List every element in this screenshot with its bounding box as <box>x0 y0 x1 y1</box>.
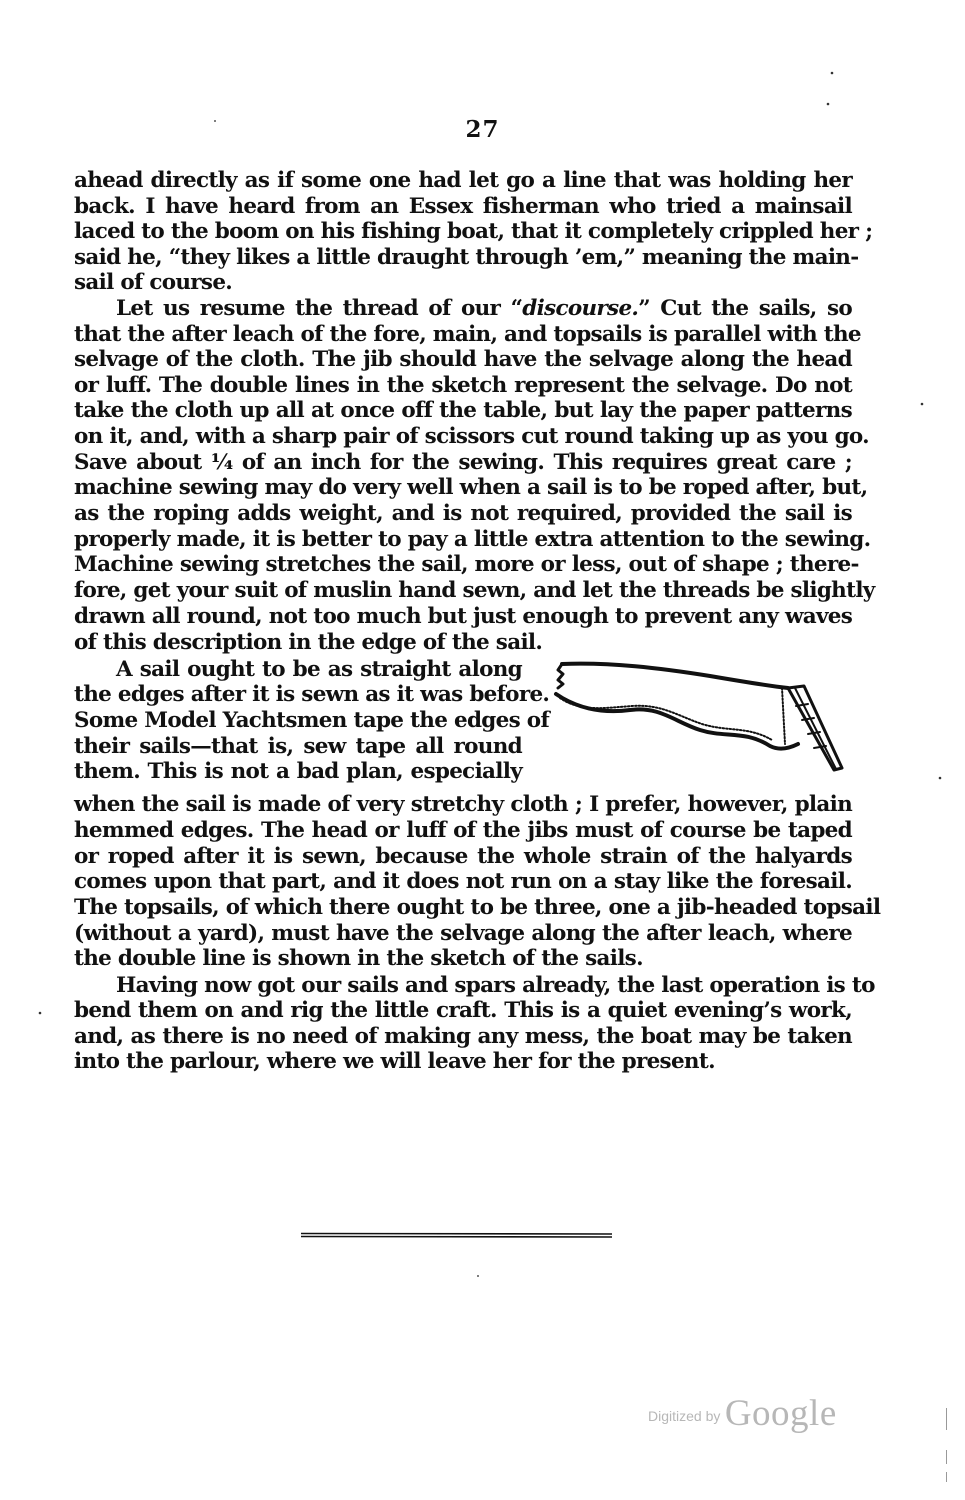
text-line: bend them on and rig the little craft. T… <box>74 998 852 1024</box>
text-line: said he, “they likes a little draught th… <box>74 245 852 271</box>
text-line: into the parlour, where we will leave he… <box>74 1049 852 1075</box>
text-segment: Let us resume the thread of our “ <box>116 296 522 321</box>
text-line: (without a yard), must have the selvage … <box>74 921 852 947</box>
text-segment: ” Cut the sails, so <box>638 296 852 321</box>
watermark-prefix: Digitized by <box>648 1408 720 1424</box>
text-line: or luff. The double lines in the sketch … <box>74 373 852 399</box>
text-line: fore, get your suit of muslin hand sewn,… <box>74 578 852 604</box>
text-line: ahead directly as if some one had let go… <box>74 168 852 194</box>
text-line: back. I have heard from an Essex fisherm… <box>74 194 852 220</box>
text-line: them. This is not a bad plan, especially <box>74 759 522 785</box>
text-line: The topsails, of which there ought to be… <box>74 895 852 921</box>
watermark-brand: Google <box>725 1393 837 1434</box>
section-end-double-rule <box>300 1232 614 1238</box>
text-line: A sail ought to be as straight along <box>74 657 522 683</box>
margin-mark <box>946 1408 947 1430</box>
text-line: take the cloth up all at once off the ta… <box>74 398 852 424</box>
text-line: comes upon that part, and it does not ru… <box>74 869 852 895</box>
text-line: Save about ¼ of an inch for the sewing. … <box>74 450 852 476</box>
text-line: Some Model Yachtsmen tape the edges of <box>74 708 522 734</box>
text-line: the double line is shown in the sketch o… <box>74 946 852 972</box>
text-line: laced to the boom on his fishing boat, t… <box>74 219 852 245</box>
text-line: properly made, it is better to pay a lit… <box>74 527 852 553</box>
book-page: 27 ahead directly as if some one had let… <box>0 0 965 1500</box>
text-line: and, as there is no need of making any m… <box>74 1024 852 1050</box>
page-number: 27 <box>0 116 965 143</box>
text-line: the edges after it is sewn as it was bef… <box>74 682 522 708</box>
text-line: selvage of the cloth. The jib should hav… <box>74 347 852 373</box>
margin-mark <box>946 1450 947 1464</box>
digitized-by-google-watermark: Digitized by Google <box>648 1392 837 1435</box>
text-line: machine sewing may do very well when a s… <box>74 475 852 501</box>
text-line: drawn all round, not too much but just e… <box>74 604 852 630</box>
text-line: as the roping adds weight, and is not re… <box>74 501 852 527</box>
text-line-with-italic: Let us resume the thread of our “discour… <box>74 296 852 322</box>
text-line: sail of course. <box>74 270 852 296</box>
margin-mark <box>946 1472 947 1482</box>
text-line: or roped after it is sewn, because the w… <box>74 844 852 870</box>
text-line: on it, and, with a sharp pair of scissor… <box>74 424 852 450</box>
text-line: when the sail is made of very stretchy c… <box>74 792 852 818</box>
text-line: that the after leach of the fore, main, … <box>74 322 852 348</box>
sail-sketch-figure <box>550 652 850 777</box>
text-line: their sails—that is, sew tape all round <box>74 734 522 760</box>
text-line: hemmed edges. The head or luff of the ji… <box>74 818 852 844</box>
text-line: Machine sewing stretches the sail, more … <box>74 552 852 578</box>
text-line: Having now got our sails and spars alrea… <box>74 973 852 999</box>
italic-word: discourse. <box>522 296 638 321</box>
